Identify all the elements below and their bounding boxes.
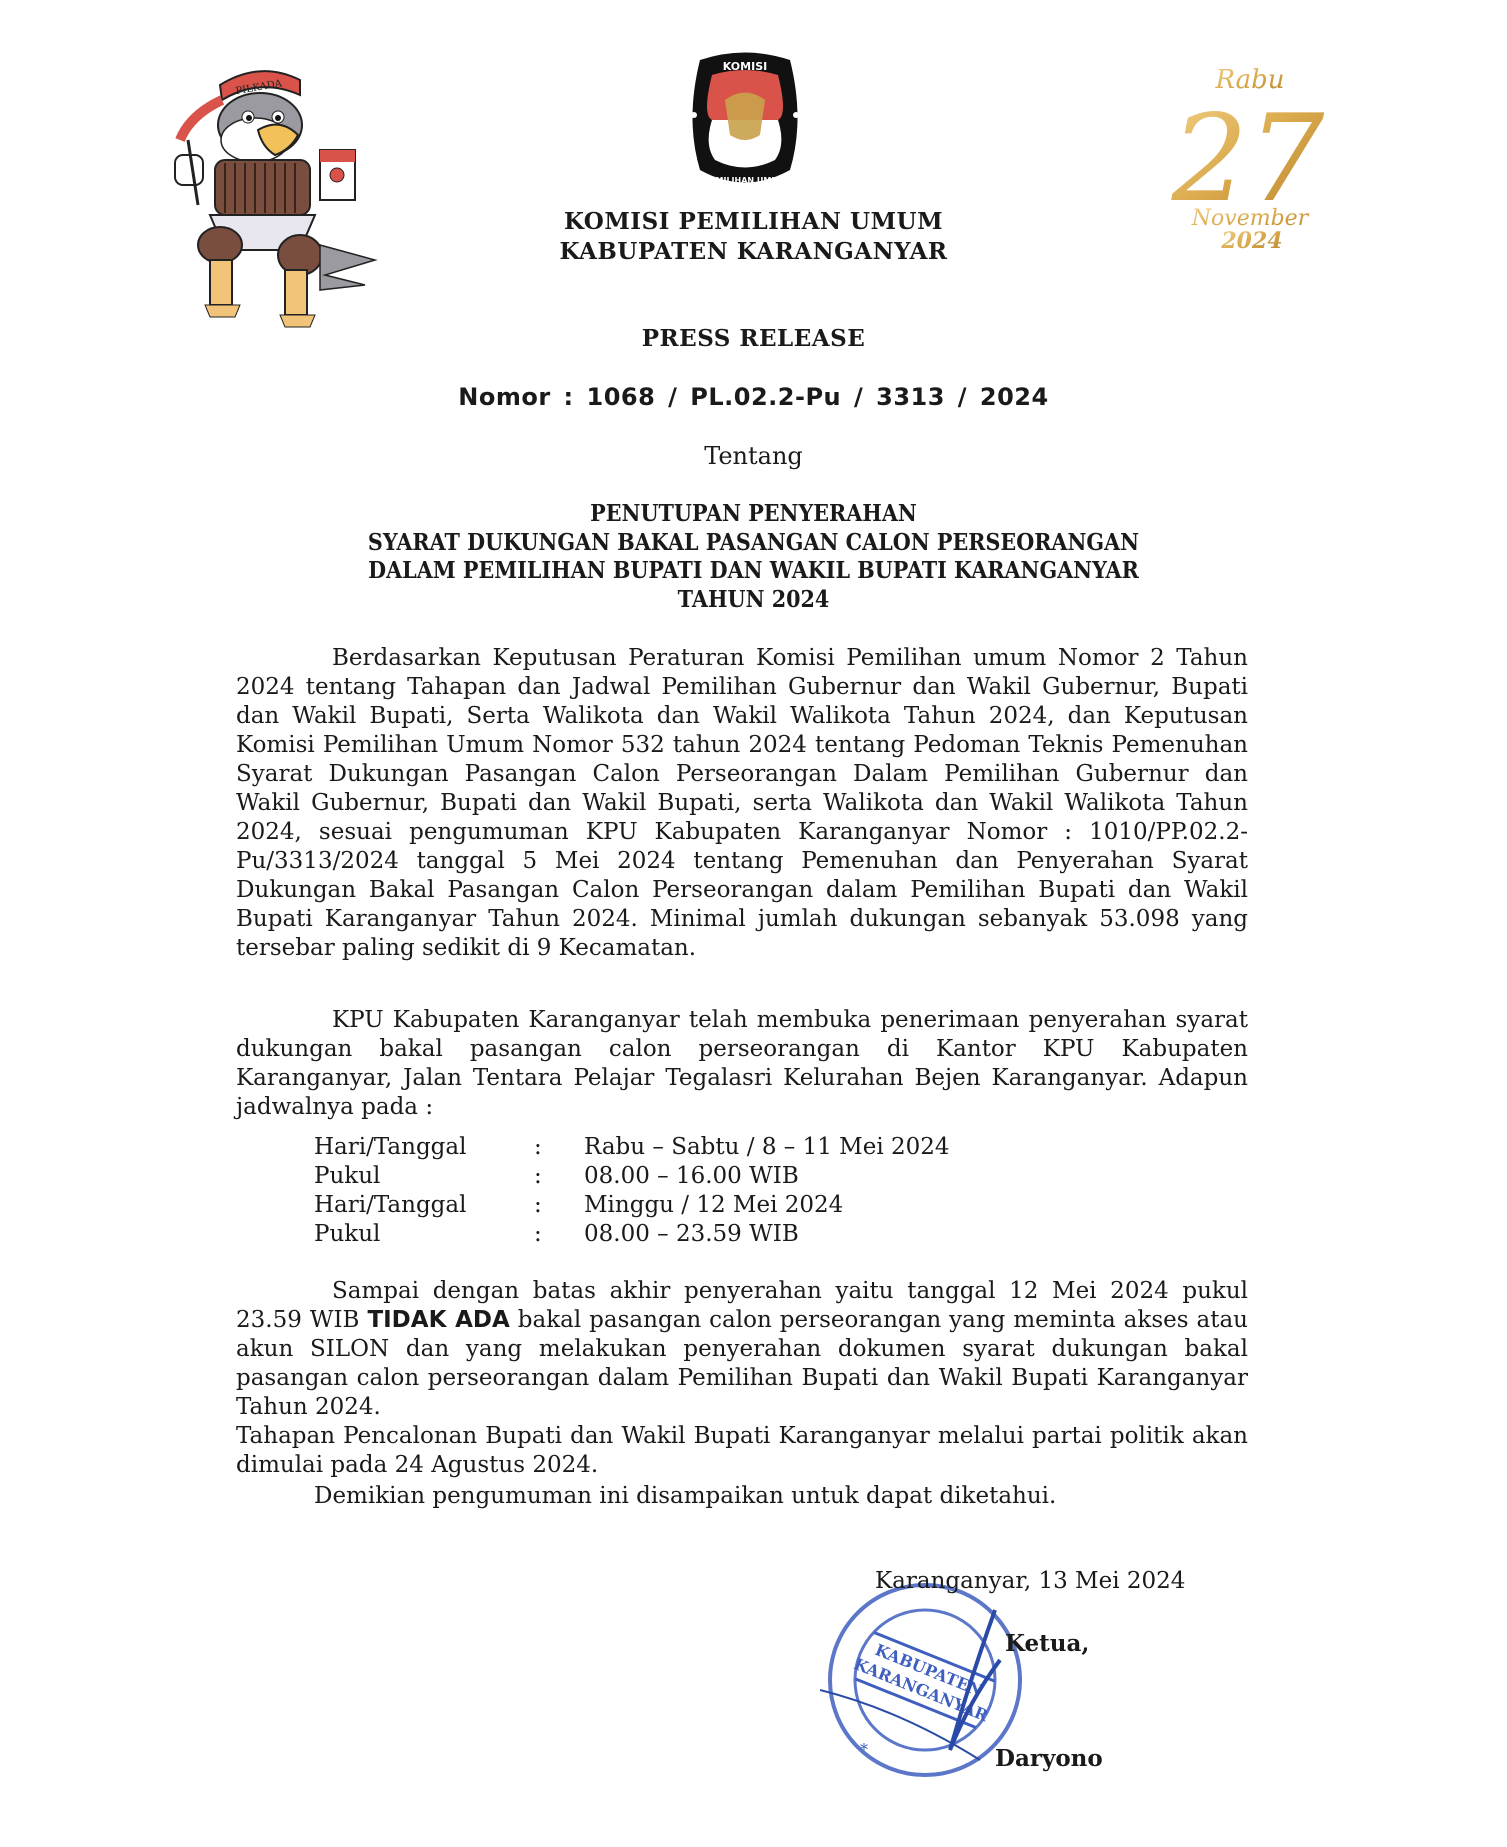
signatory-position: Ketua,: [1005, 1630, 1089, 1657]
closing-sentence: Demikian pengumuman ini disampaikan untu…: [314, 1483, 1056, 1509]
signatory-name: Daryono: [995, 1745, 1103, 1772]
paragraph-submission-info: KPU Kabupaten Karanganyar telah membuka …: [236, 1006, 1248, 1122]
doc-type-heading: PRESS RELEASE: [0, 325, 1507, 352]
doc-title: PENUTUPAN PENYERAHAN SYARAT DUKUNGAN BAK…: [75, 500, 1431, 614]
eagle-mascot-icon: PILKADA: [150, 55, 380, 330]
title-line: SYARAT DUKUNGAN BAKAL PASANGAN CALON PER…: [75, 529, 1431, 558]
title-line: DALAM PEMILIHAN BUPATI DAN WAKIL BUPATI …: [75, 557, 1431, 586]
title-line: PENUTUPAN PENYERAHAN: [75, 500, 1431, 529]
svg-text:*: *: [860, 1740, 868, 1759]
about-label: Tentang: [0, 442, 1507, 470]
paragraph-next-stage: Tahapan Pencalonan Bupati dan Wakil Bupa…: [236, 1422, 1248, 1480]
schedule-table: Hari/Tanggal : Rabu – Sabtu / 8 – 11 Mei…: [314, 1133, 950, 1249]
paragraph-result: Sampai dengan batas akhir penyerahan yai…: [236, 1277, 1248, 1480]
svg-text:KOMISI: KOMISI: [723, 60, 767, 73]
schedule-row: Pukul : 08.00 – 16.00 WIB: [314, 1162, 950, 1191]
org-name-line1: KOMISI PEMILIHAN UMUM: [0, 208, 1507, 235]
schedule-row: Pukul : 08.00 – 23.59 WIB: [314, 1220, 950, 1249]
document-page: PILKADA: [0, 0, 1507, 1847]
signature-place-date: Karanganyar, 13 Mei 2024: [875, 1568, 1185, 1594]
paragraph-legal-basis: Berdasarkan Keputusan Peraturan Komisi P…: [236, 644, 1248, 963]
title-line: TAHUN 2024: [75, 586, 1431, 615]
schedule-row: Hari/Tanggal : Rabu – Sabtu / 8 – 11 Mei…: [314, 1133, 950, 1162]
emphasis-no-candidate: TIDAK ADA: [367, 1307, 509, 1333]
svg-text:PEMILIHAN UMUM: PEMILIHAN UMUM: [704, 176, 786, 185]
kpu-logo-icon: KOMISI PEMILIHAN UMUM: [680, 50, 810, 190]
schedule-row: Hari/Tanggal : Minggu / 12 Mei 2024: [314, 1191, 950, 1220]
doc-number: Nomor : 1068 / PL.02.2-Pu / 3313 / 2024: [0, 383, 1507, 411]
org-name-line2: KABUPATEN KARANGANYAR: [0, 238, 1507, 265]
